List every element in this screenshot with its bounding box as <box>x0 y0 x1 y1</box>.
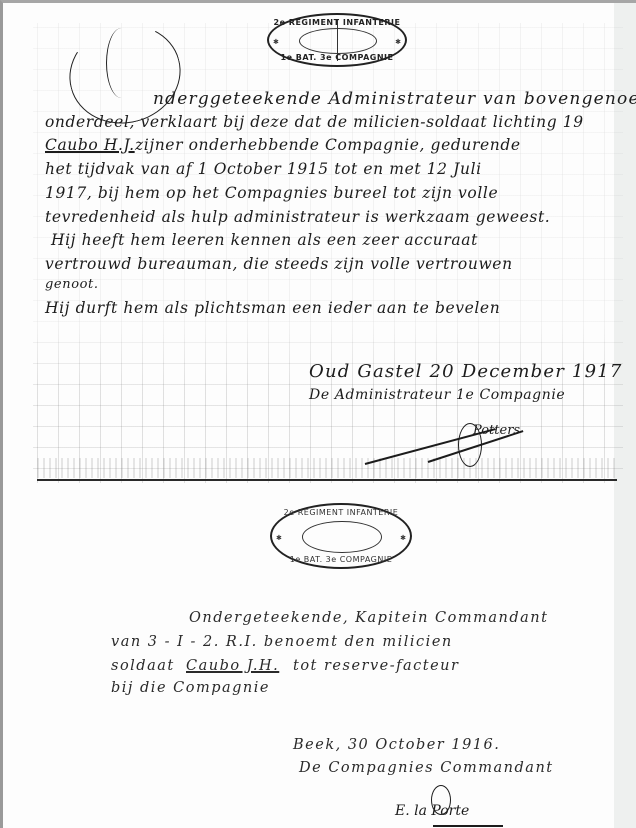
letter1-line-7: Hij heeft hem leeren kennen als een zeer… <box>51 231 478 249</box>
letter1-line-6: tevredenheid als hulp administrateur is … <box>45 208 550 226</box>
star-icon: ✱ <box>395 38 401 46</box>
star-icon: ✱ <box>276 534 282 542</box>
star-icon: ✱ <box>400 534 406 542</box>
initial-letter-o-inner <box>106 28 137 98</box>
underlined-name: Caubo J.H. <box>186 658 279 674</box>
letter1-line-9: genoot. <box>45 277 99 292</box>
letter1-line-3: Caubo H.J. <box>45 136 135 154</box>
stamp-bottom-text: 1e BAT. 3e COMPAGNIE <box>269 53 405 62</box>
letter2-line-2: van 3 - I - 2. R.I. benoemt den milicien <box>111 634 453 650</box>
regiment-stamp-top: ✱ ✱ 2e REGIMENT INFANTERIE 1e BAT. 3e CO… <box>267 13 407 67</box>
stamp-top-text: 2e REGIMENT INFANTERIE <box>269 18 405 27</box>
letter1-signature: Potters <box>473 423 520 438</box>
letter2-place-date: Beek, 30 October 1916. <box>293 737 500 753</box>
letter2-line-4: bij die Compagnie <box>111 680 270 696</box>
letter1-signatory-title: De Administrateur 1e Compagnie <box>309 387 565 403</box>
letter1-line-4: het tijdvak van af 1 October 1915 tot en… <box>45 160 482 178</box>
letter1-line-2: onderdeel, verklaart bij deze dat de mil… <box>45 113 584 131</box>
grid-bottom-border <box>37 479 617 481</box>
document-page: ✱ ✱ 2e REGIMENT INFANTERIE 1e BAT. 3e CO… <box>0 0 636 828</box>
letter2-line-3-start: soldaat <box>111 658 175 674</box>
letter1-line-8: vertrouwd bureauman, die steeds zijn vol… <box>45 255 513 273</box>
star-icon: ✱ <box>273 38 279 46</box>
letter1-line-3-rest: zijner onderhebbende Compagnie, gedurend… <box>135 136 521 154</box>
letter2-line-3-rest: tot reserve-facteur <box>293 658 459 674</box>
letter2-signature: E. la Porte <box>395 803 469 819</box>
letter2-line-3-name: Caubo J.H. <box>186 658 279 674</box>
letter1-place-date: Oud Gastel 20 December 1917 <box>309 361 623 382</box>
underlined-name: Caubo H.J. <box>45 136 135 154</box>
letter1-line-10: Hij durft hem als plichtsman een ieder a… <box>45 299 500 317</box>
stamp-inner-oval <box>302 521 381 553</box>
letter1-line-5: 1917, bij hem op het Compagnies bureel t… <box>45 184 498 202</box>
stamp-bottom-text: 1e BAT. 3e COMPAGNIE <box>272 555 410 564</box>
letter2-line-1: Ondergeteekende, Kapitein Commandant <box>189 610 548 626</box>
stamp-top-text: 2e REGIMENT INFANTERIE <box>272 508 410 517</box>
scan-noise <box>37 458 617 478</box>
signature-underline <box>433 825 503 827</box>
letter2-signatory-title: De Compagnies Commandant <box>299 760 554 776</box>
regiment-stamp-middle: ✱ ✱ 2e REGIMENT INFANTERIE 1e BAT. 3e CO… <box>270 503 412 569</box>
letter1-line-1: nderggeteekende Administrateur van boven… <box>153 89 636 109</box>
